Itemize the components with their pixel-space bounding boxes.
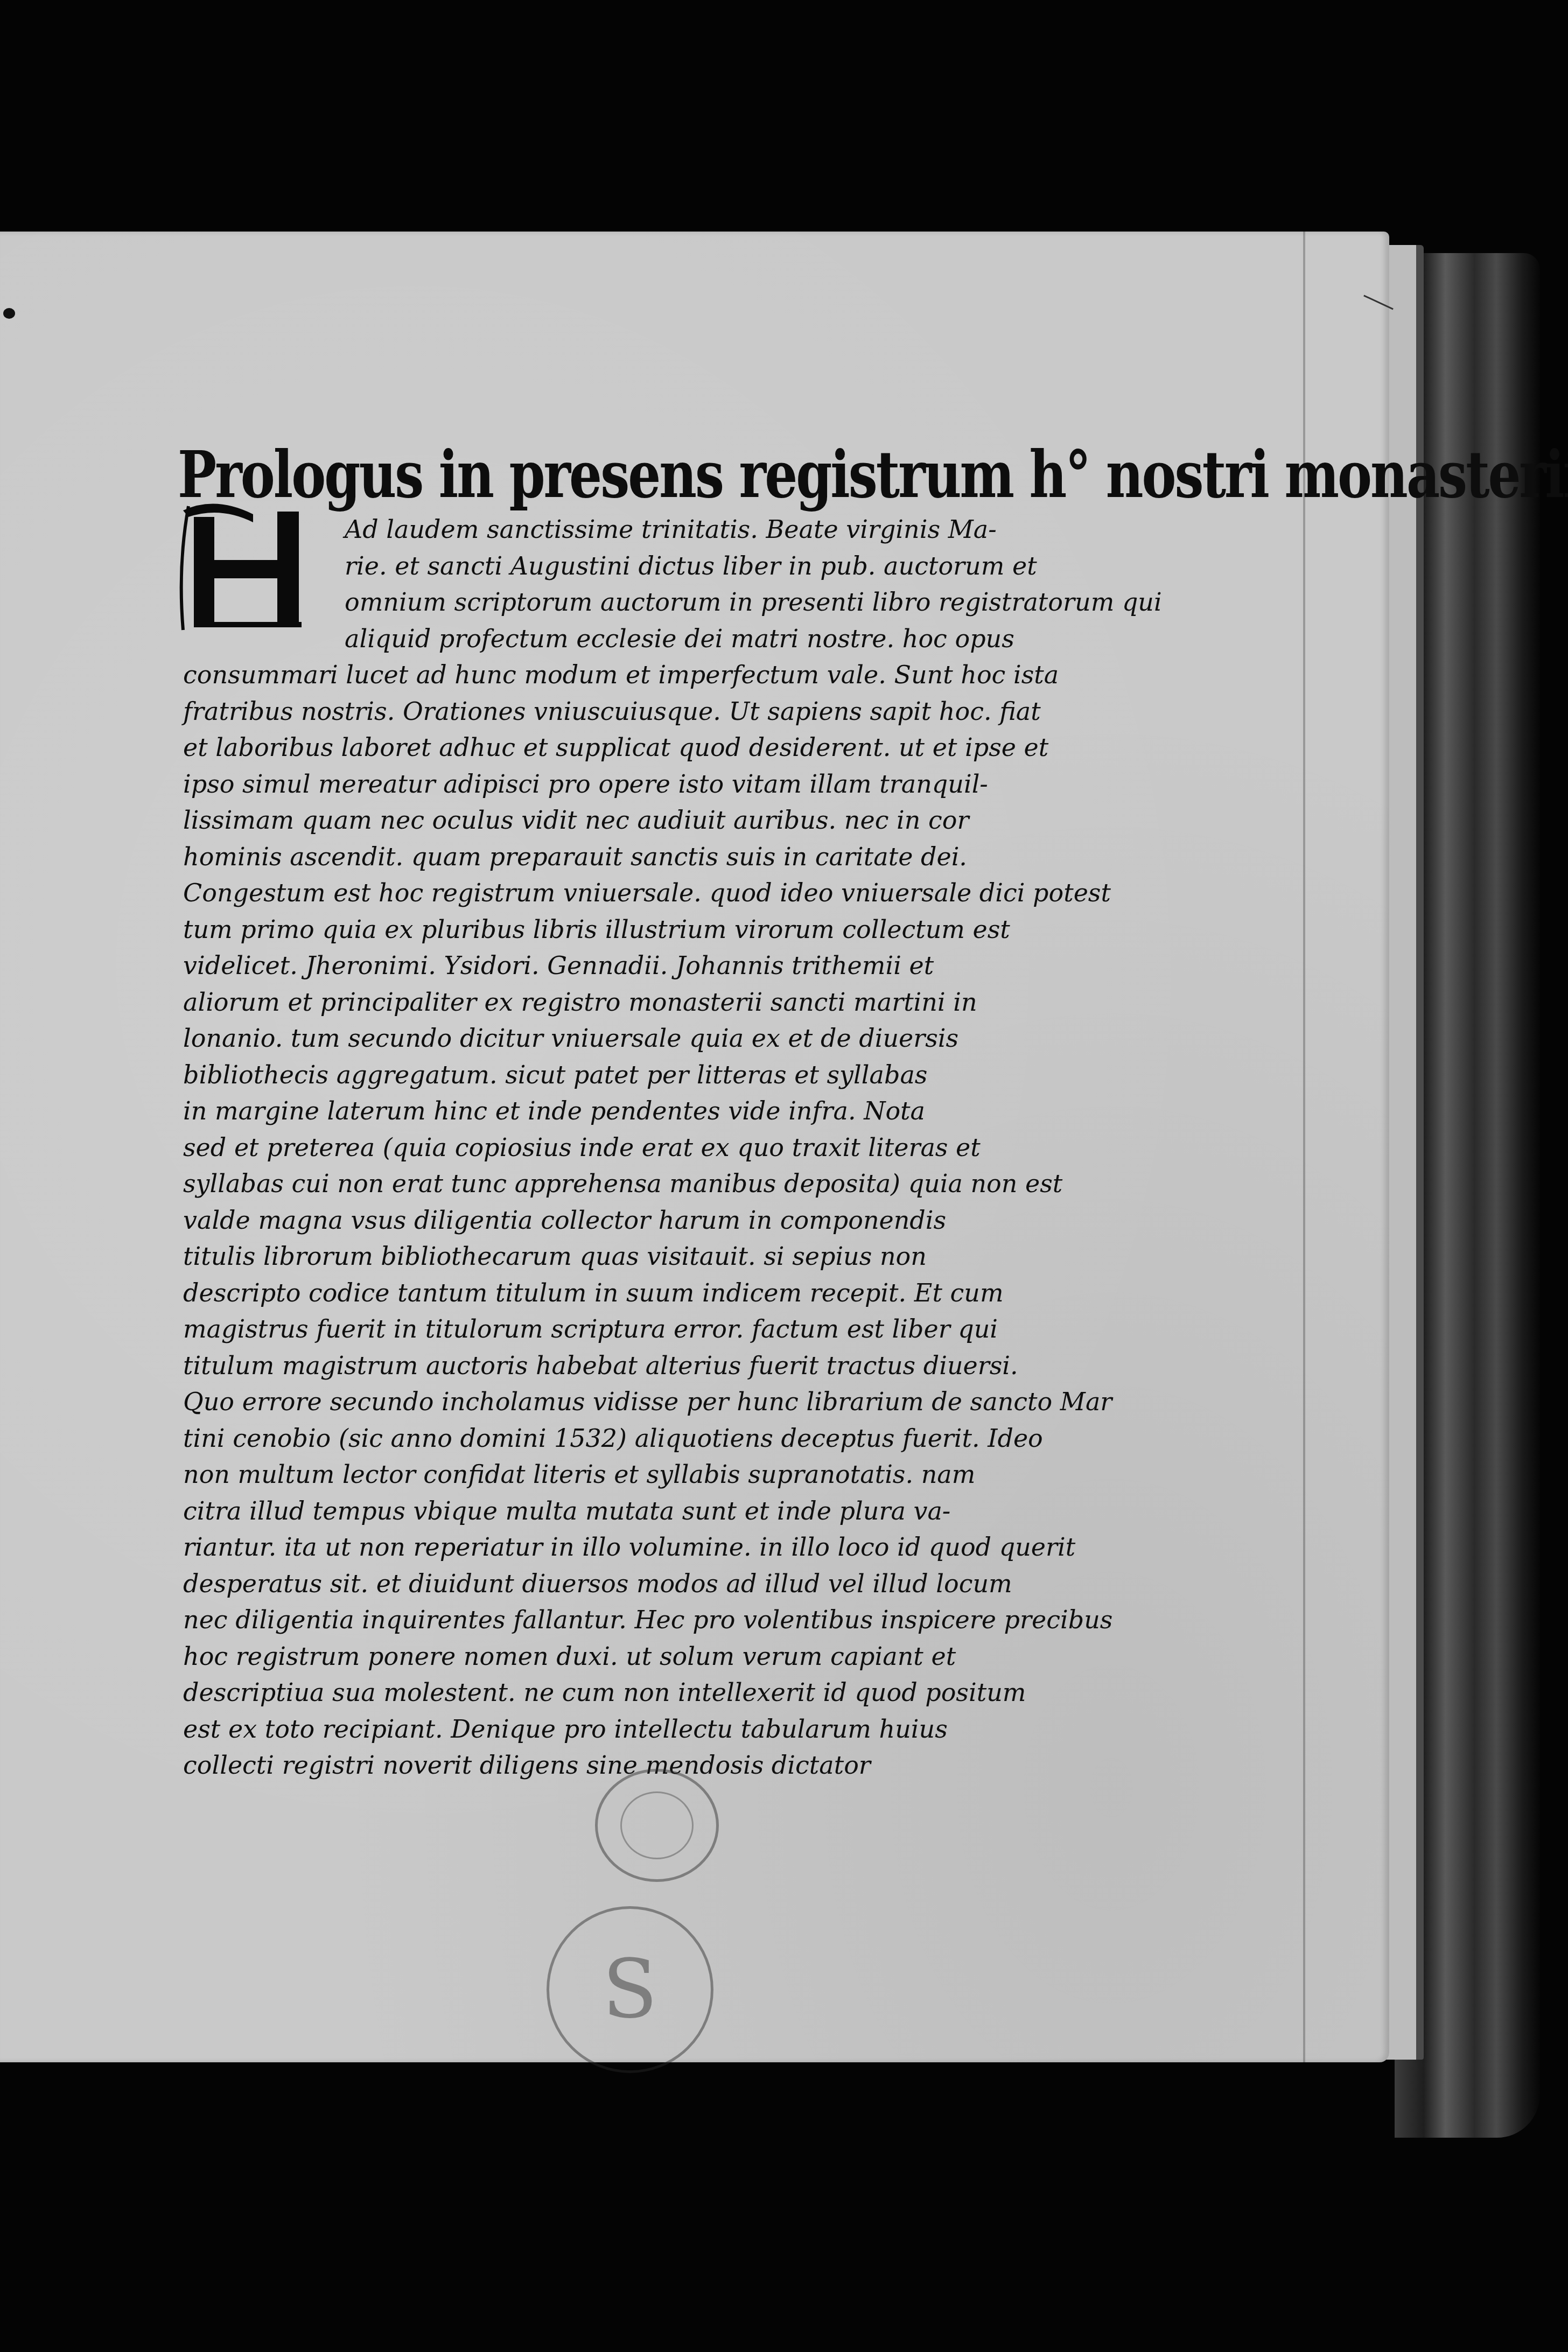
text-line: est ex toto recipiant. Denique pro intel… [183, 1711, 1131, 1748]
text-line: lissimam quam nec oculus vidit nec audiu… [183, 802, 1131, 839]
text-line: in margine laterum hinc et inde pendente… [183, 1093, 1131, 1130]
text-line: ipso simul mereatur adipisci pro opere i… [183, 766, 1131, 803]
text-line: aliquid profectum ecclesie dei matri nos… [183, 621, 1131, 657]
text-line: non multum lector confidat literis et sy… [183, 1457, 1131, 1493]
page-title: Prologus in presens registrum h° nostri … [178, 431, 1233, 519]
library-stamp-monogram: S [547, 1906, 713, 2073]
text-line: bibliothecis aggregatum. sicut patet per… [183, 1057, 1131, 1094]
text-line: valde magna vsus diligentia collector ha… [183, 1202, 1131, 1239]
text-line: nec diligentia inquirentes fallantur. He… [183, 1602, 1131, 1639]
text-line: videlicet. Jheronimi. Ysidori. Gennadii.… [183, 948, 1131, 984]
text-line: titulis librorum bibliothecarum quas vis… [183, 1238, 1131, 1275]
text-line: desperatus sit. et diuidunt diuersos mod… [183, 1566, 1131, 1602]
text-line: fratribus nostris. Orationes vniuscuiusq… [183, 694, 1131, 730]
ink-dot-mark [3, 308, 15, 319]
text-line: riantur. ita ut non reperiatur in illo v… [183, 1529, 1131, 1566]
text-line: descripto codice tantum titulum in suum … [183, 1275, 1131, 1312]
text-line: tum primo quia ex pluribus libris illust… [183, 912, 1131, 948]
text-line: Ad laudem sanctissime trinitatis. Beate … [183, 512, 1131, 548]
text-line: consummari lucet ad hunc modum et imperf… [183, 657, 1131, 694]
text-line: titulum magistrum auctoris habebat alter… [183, 1348, 1131, 1384]
text-line: sed et preterea (quia copiosius inde era… [183, 1130, 1131, 1166]
manuscript-text: Ad laudem sanctissime trinitatis. Beate … [183, 512, 1131, 1784]
text-line: hominis ascendit. quam preparauit sancti… [183, 839, 1131, 876]
text-line: descriptiua sua molestent. ne cum non in… [183, 1675, 1131, 1711]
text-line: aliorum et principaliter ex registro mon… [183, 984, 1131, 1021]
stamp-inner-ring [620, 1791, 694, 1859]
text-line: rie. et sancti Augustini dictus liber in… [183, 548, 1131, 585]
text-line: lonanio. tum secundo dicitur vniuersale … [183, 1020, 1131, 1057]
text-line: citra illud tempus vbique multa mutata s… [183, 1493, 1131, 1530]
text-line: Quo errore secundo incholamus vidisse pe… [183, 1384, 1131, 1420]
text-line: syllabas cui non erat tunc apprehensa ma… [183, 1166, 1131, 1202]
stamp-monogram-text: S [603, 1943, 658, 2036]
library-stamp-round [595, 1769, 719, 1882]
text-line: hoc registrum ponere nomen duxi. ut solu… [183, 1639, 1131, 1675]
text-line: omnium scriptorum auctorum in presenti l… [183, 584, 1131, 621]
text-line: et laboribus laboret adhuc et supplicat … [183, 730, 1131, 766]
text-line: Congestum est hoc registrum vniuersale. … [183, 875, 1131, 912]
text-line: tini cenobio (sic anno domini 1532) aliq… [183, 1420, 1131, 1457]
text-line: magistrus fuerit in titulorum scriptura … [183, 1311, 1131, 1348]
